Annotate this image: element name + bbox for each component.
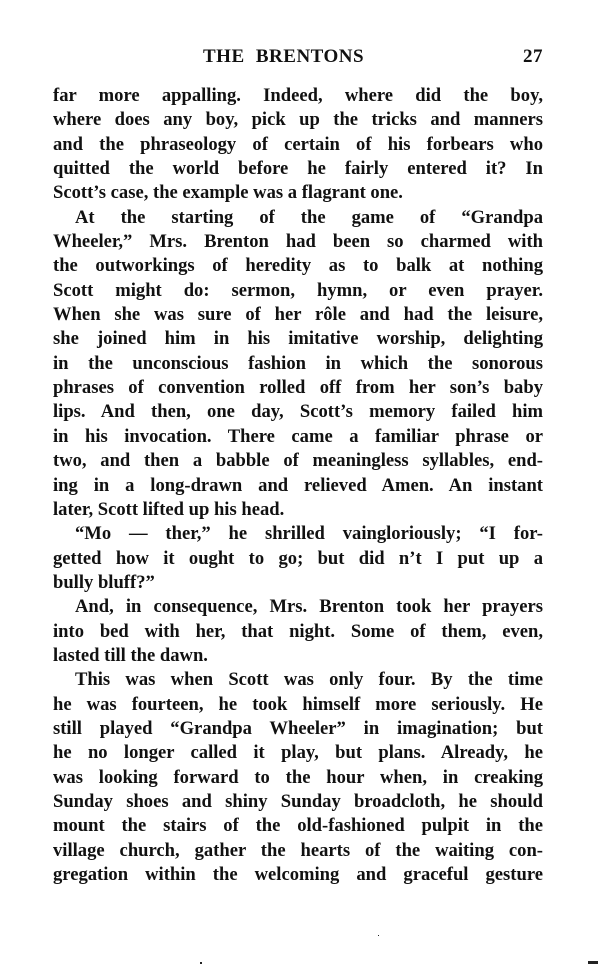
text-line: he was fourteen, he took himself more se… xyxy=(53,693,543,717)
text-line: lasted till the dawn. xyxy=(53,644,543,668)
running-title: THE BRENTONS xyxy=(203,46,364,68)
text-line: When she was sure of her rôle and had th… xyxy=(53,303,543,327)
text-line: where does any boy, pick up the tricks a… xyxy=(53,108,543,132)
body-text: far more appalling. Indeed, where did th… xyxy=(53,84,543,887)
text-line: still played “Grandpa Wheeler” in imagin… xyxy=(53,717,543,741)
text-line: Wheeler,” Mrs. Brenton had been so charm… xyxy=(53,230,543,254)
text-line: mount the stairs of the old-fashioned pu… xyxy=(53,814,543,838)
text-line: “Mo — ther,” he shrilled vaingloriously;… xyxy=(53,522,543,546)
page-number: 27 xyxy=(523,46,543,68)
text-line: At the starting of the game of “Grandpa xyxy=(53,206,543,230)
text-line: the outworkings of heredity as to balk a… xyxy=(53,254,543,278)
text-line: bully bluff?” xyxy=(53,571,543,595)
text-line: lips. And then, one day, Scott’s memory … xyxy=(53,400,543,424)
text-line: And, in consequence, Mrs. Brenton took h… xyxy=(53,595,543,619)
text-line: ing in a long-drawn and relieved Amen. A… xyxy=(53,474,543,498)
text-line: was looking forward to the hour when, in… xyxy=(53,766,543,790)
scan-speck xyxy=(378,935,379,936)
text-line: in his invocation. There came a familiar… xyxy=(53,425,543,449)
running-head: THE BRENTONS 27 xyxy=(53,46,543,72)
text-line: far more appalling. Indeed, where did th… xyxy=(53,84,543,108)
text-line: later, Scott lifted up his head. xyxy=(53,498,543,522)
text-line: and the phraseology of certain of his fo… xyxy=(53,133,543,157)
text-line: he no longer called it play, but plans. … xyxy=(53,741,543,765)
text-line: Sunday shoes and shiny Sunday broadcloth… xyxy=(53,790,543,814)
text-line: village church, gather the hearts of the… xyxy=(53,839,543,863)
text-line: Scott’s case, the example was a flagrant… xyxy=(53,181,543,205)
text-line: quitted the world before he fairly enter… xyxy=(53,157,543,181)
text-line: This was when Scott was only four. By th… xyxy=(53,668,543,692)
text-line: she joined him in his imitative worship,… xyxy=(53,327,543,351)
text-line: two, and then a babble of meaningless sy… xyxy=(53,449,543,473)
text-line: gregation within the welcoming and grace… xyxy=(53,863,543,887)
text-line: phrases of convention rolled off from he… xyxy=(53,376,543,400)
text-line: in the unconscious fashion in which the … xyxy=(53,352,543,376)
text-line: into bed with her, that night. Some of t… xyxy=(53,620,543,644)
text-line: getted how it ought to go; but did n’t I… xyxy=(53,547,543,571)
text-line: Scott might do: sermon, hymn, or even pr… xyxy=(53,279,543,303)
